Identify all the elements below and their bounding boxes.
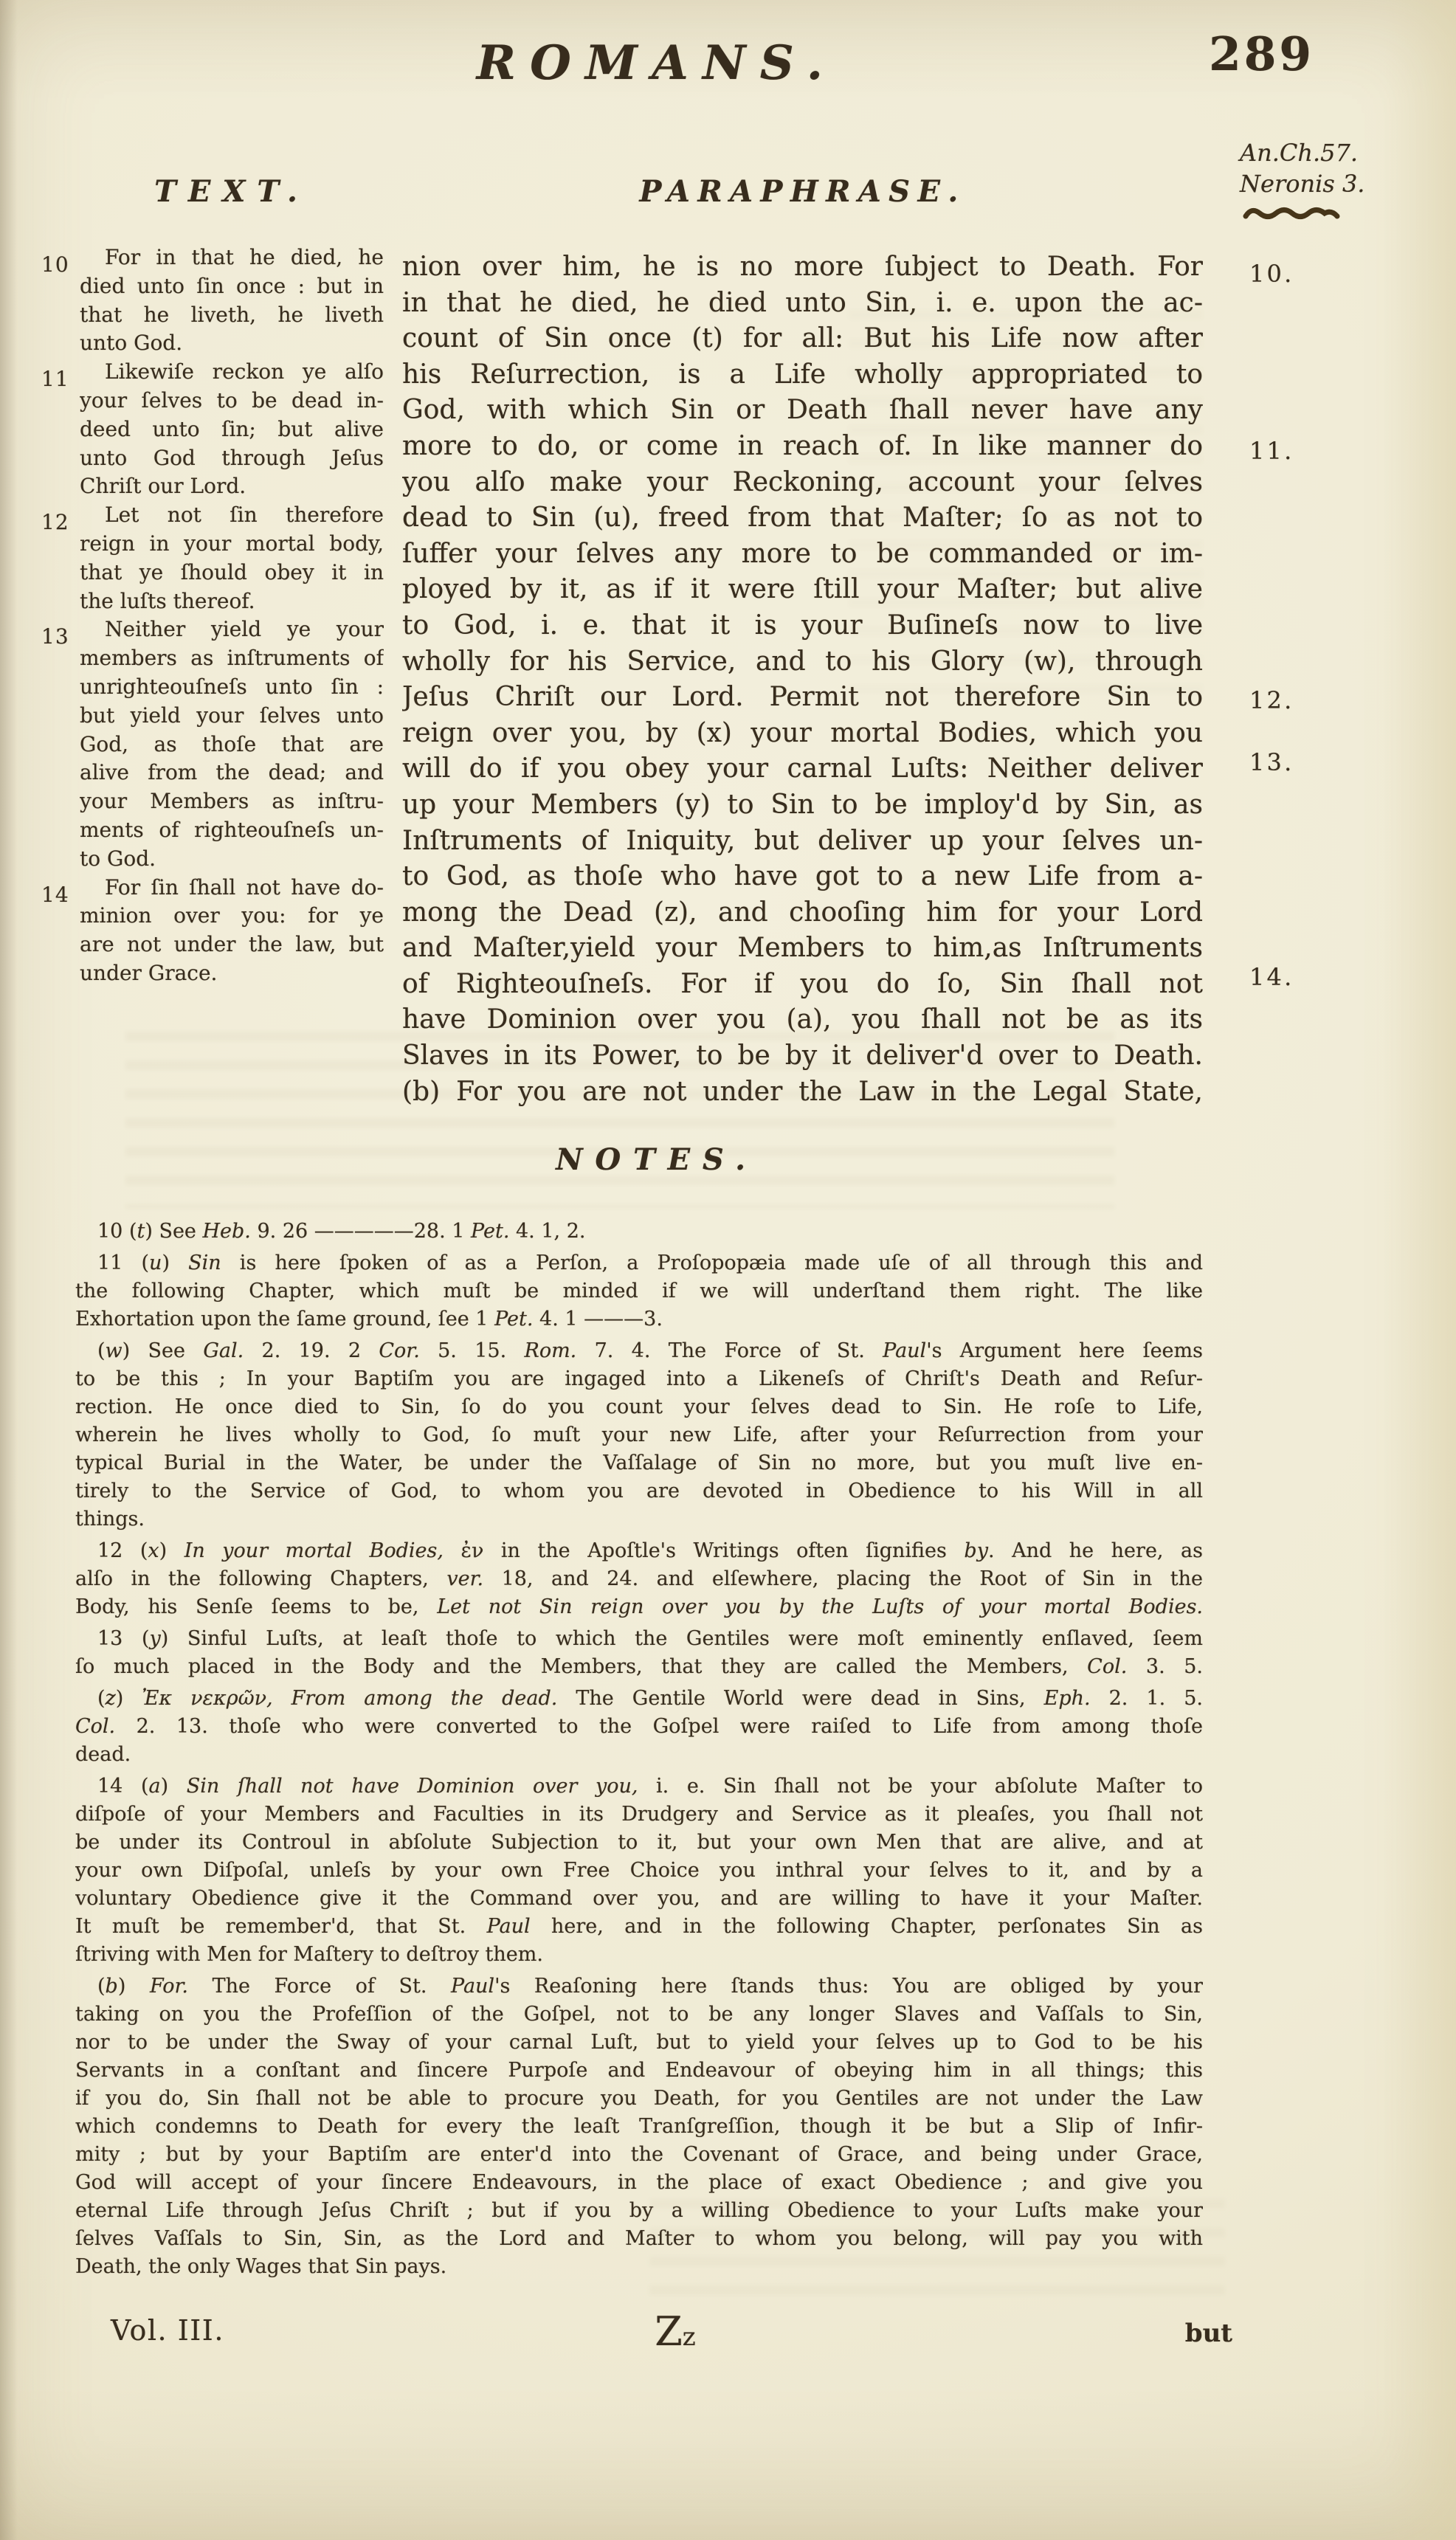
note-run: 13 ( — [97, 1627, 150, 1650]
note-line: Servants in a conſtant and ſincere Purpo… — [75, 2057, 1203, 2085]
note-run: Pet. — [494, 1308, 533, 1331]
paraphrase-column: nion over him, he is no more ſubject to … — [402, 249, 1203, 1110]
note-run: if you do, Sin ſhall not be able to proc… — [75, 2087, 1203, 2110]
note-line: ſtriving with Men for Maſtery to deſtroy… — [75, 1941, 1203, 1969]
text-verse-line: Likewiſe reckon ye alſo — [80, 358, 384, 387]
paraphrase-verse-number: 11. — [1249, 437, 1294, 465]
note-line: It muſt be remember'd, that St. Paul her… — [75, 1913, 1203, 1941]
note-run: For. — [150, 1975, 188, 1998]
note-paragraph: (w) See Gal. 2. 19. 2 Cor. 5. 15. Rom. 7… — [75, 1337, 1203, 1533]
note-run: Paul — [883, 1339, 926, 1362]
note-run: God will accept of your ſincere Endeavou… — [75, 2171, 1203, 2194]
paraphrase-line: to God, as thoſe who have got to a new L… — [402, 859, 1203, 895]
note-run: 18, and 24. and elſewhere, placing the R… — [483, 1567, 1203, 1590]
text-verse-line: God, as thoſe that are — [80, 731, 384, 759]
note-run: tirely to the Service of God, to whom yo… — [75, 1480, 1203, 1502]
note-paragraph: 12 (x) In your mortal Bodies, ἐν in the … — [75, 1537, 1203, 1621]
note-run: ( — [97, 1687, 106, 1710]
note-line: rection. He once died to Sin, ſo do you … — [75, 1393, 1203, 1421]
note-line: voluntary Obedience give it the Command … — [75, 1885, 1203, 1913]
note-run: by — [964, 1539, 988, 1562]
note-run: Exhortation upon the ſame ground, ſee 1 — [75, 1308, 494, 1331]
note-run: y — [150, 1627, 161, 1650]
text-column-header: TEXT. — [80, 174, 384, 209]
note-line: which condemns to Death for every the le… — [75, 2113, 1203, 2141]
paraphrase-line: and Maſter,yield your Members to him,as … — [402, 931, 1203, 967]
paraphrase-line: God, with which Sin or Death ſhall never… — [402, 393, 1203, 429]
text-verse-line: For ſin ſhall not have do- — [80, 874, 384, 903]
text-verse-line: reign in your mortal body, — [80, 530, 384, 559]
verse-block: 12Let not ſin thereforereign in your mor… — [80, 501, 384, 615]
note-paragraph: 14 (a) Sin ſhall not have Dominion over … — [75, 1773, 1203, 1969]
note-run: u — [149, 1252, 162, 1274]
paraphrase-line: ſuffer your ſelves any more to be comman… — [402, 536, 1203, 573]
text-verse-line: are not under the law, but — [80, 931, 384, 959]
paraphrase-line: count of Sin once (t) for all: But his L… — [402, 321, 1203, 357]
note-run: a — [148, 1775, 160, 1798]
note-run: 4. 1 ———3. — [533, 1308, 662, 1331]
note-run: 's Argument here ſeems — [926, 1339, 1203, 1362]
note-line: (w) See Gal. 2. 19. 2 Cor. 5. 15. Rom. 7… — [75, 1337, 1203, 1365]
note-run: ) Sinful Luſts, at leaſt thoſe to which … — [161, 1627, 1203, 1650]
note-run: Pet. — [471, 1220, 509, 1243]
note-line: Body, his Senſe ſeems to be, Let not Sin… — [75, 1593, 1203, 1621]
note-line: ſelves Vaſſals to Sin, Sin, as the Lord … — [75, 2225, 1203, 2253]
note-run: mity ; but by your Baptiſm are enter'd i… — [75, 2143, 1203, 2166]
note-run: ſo much placed in the Body and the Membe… — [75, 1655, 1087, 1678]
note-run: Gal. — [203, 1339, 244, 1362]
note-run: 2. 13. thoſe who were converted to the G… — [115, 1715, 1203, 1738]
note-run: your own Diſpoſal, unleſs by your own Fr… — [75, 1859, 1203, 1882]
note-run: Ἐκ νεκρῶν, — [142, 1687, 272, 1710]
note-run: Cor. — [379, 1339, 419, 1362]
note-run: voluntary Obedience give it the Command … — [75, 1887, 1203, 1910]
paraphrase-line: will do if you obey your carnal Luſts: N… — [402, 751, 1203, 787]
note-run: Col. — [1087, 1655, 1127, 1678]
text-verse-line: alive from the dead; and — [80, 759, 384, 787]
book-page-scan: ROMANS. 289 An.Ch.57. Neronis 3. TEXT. P… — [0, 0, 1456, 2540]
note-line: nor to be under the Sway of your carnal … — [75, 2029, 1203, 2057]
note-run: ) — [162, 1252, 188, 1274]
note-run: . And he here, as — [988, 1539, 1203, 1562]
note-run: 5. 15. — [420, 1339, 525, 1362]
note-run: typical Burial in the Water, be under th… — [75, 1452, 1203, 1474]
note-run: ( — [97, 1339, 106, 1362]
note-run: w — [106, 1339, 123, 1362]
note-line: (z) Ἐκ νεκρῶν, From among the dead. The … — [75, 1685, 1203, 1713]
note-run: ) — [161, 1775, 187, 1798]
note-line: ſo much placed in the Body and the Membe… — [75, 1653, 1203, 1681]
note-run: Col. — [75, 1715, 115, 1738]
paraphrase-line: reign over you, by (x) your mortal Bodie… — [402, 716, 1203, 752]
note-run: Paul — [487, 1915, 531, 1938]
note-run: taking on you the Profeſſion of the Goſp… — [75, 2003, 1203, 2026]
note-line: Col. 2. 13. thoſe who were converted to … — [75, 1713, 1203, 1741]
verse-number: 10 — [41, 251, 69, 280]
note-run: ſelves Vaſſals to Sin, Sin, as the Lord … — [75, 2227, 1203, 2250]
note-run: ) — [116, 1687, 142, 1710]
paraphrase-line: (b) For you are not under the Law in the… — [402, 1074, 1203, 1111]
paraphrase-line: nion over him, he is no more ſubject to … — [402, 249, 1203, 286]
note-run: i. e. Sin ſhall not be your abſolute Maſ… — [638, 1775, 1203, 1798]
verse-block: 10For in that he died, hedied unto ſin o… — [80, 244, 384, 358]
note-line: alſo in the following Chapters, ver. 18,… — [75, 1565, 1203, 1593]
note-run: alſo in the following Chapters, — [75, 1567, 446, 1590]
note-line: the following Chapter, which muſt be min… — [75, 1277, 1203, 1305]
note-run: The Gentile World were dead in Sins, — [557, 1687, 1043, 1710]
text-verse-line: died unto ſin once : but in — [80, 272, 384, 301]
note-run: Rom. — [524, 1339, 576, 1362]
verse-block: 13Neither yield ye yourmembers as inſtru… — [80, 615, 384, 873]
text-verse-line: but yield your ſelves unto — [80, 702, 384, 731]
verse-block: 14For ſin ſhall not have do-minion over … — [80, 874, 384, 988]
note-run: to be this ; In your Baptiſm you are ing… — [75, 1367, 1203, 1390]
notes-header: NOTES. — [75, 1142, 1238, 1177]
note-run: eternal Life through Jeſus Chriſt ; but … — [75, 2199, 1203, 2222]
note-run: be under its Controul in abſolute Subjec… — [75, 1831, 1203, 1854]
note-line: if you do, Sin ſhall not be able to proc… — [75, 2085, 1203, 2113]
note-paragraph: (b) For. The Force of St. Paul's Reaſoni… — [75, 1973, 1203, 2281]
note-line: diſpoſe of your Members and Faculties in… — [75, 1801, 1203, 1829]
note-paragraph: (z) Ἐκ νεκρῶν, From among the dead. The … — [75, 1685, 1203, 1769]
notes-block: 10 (t) See Heb. 9. 26 —————28. 1 Pet. 4.… — [75, 1218, 1203, 2285]
note-run: nor to be under the Sway of your carnal … — [75, 2031, 1203, 2054]
verse-block: 11Likewiſe reckon ye alſoyour ſelves to … — [80, 358, 384, 501]
note-run: 2. 19. 2 — [244, 1339, 379, 1362]
paraphrase-verse-number: 14. — [1249, 963, 1294, 991]
text-verse-line: under Grace. — [80, 959, 384, 988]
note-run: 10 ( — [97, 1220, 137, 1243]
note-paragraph: 11 (u) Sin is here ſpoken of as a Perſon… — [75, 1249, 1203, 1333]
note-paragraph: 10 (t) See Heb. 9. 26 —————28. 1 Pet. 4.… — [75, 1218, 1203, 1246]
text-column: 10For in that he died, hedied unto ſin o… — [80, 244, 384, 988]
paraphrase-verse-number: 13. — [1249, 748, 1294, 776]
note-line: 13 (y) Sinful Luſts, at leaſt thoſe to w… — [75, 1625, 1203, 1653]
paraphrase-verse-number: 12. — [1249, 686, 1294, 714]
text-verse-line: Chriſt our Lord. — [80, 472, 384, 501]
note-run — [273, 1687, 291, 1710]
page-number: 289 — [1209, 27, 1342, 81]
verse-number: 14 — [41, 881, 69, 910]
note-run: b — [106, 1975, 118, 1998]
note-run: 14 ( — [97, 1775, 148, 1798]
note-run: Body, his Senſe ſeems to be, — [75, 1595, 437, 1618]
note-run: Eph. — [1044, 1687, 1091, 1710]
text-verse-line: unto God through Jeſus — [80, 444, 384, 473]
note-run: rection. He once died to Sin, ſo do you … — [75, 1395, 1203, 1418]
note-run: 11 ( — [97, 1252, 149, 1274]
note-line: typical Burial in the Water, be under th… — [75, 1449, 1203, 1477]
text-verse-line: Neither yield ye your — [80, 615, 384, 644]
text-verse-line: that he liveth, he liveth — [80, 301, 384, 330]
note-line: to be this ; In your Baptiſm you are ing… — [75, 1365, 1203, 1393]
note-run: things. — [75, 1508, 145, 1530]
note-run: In your mortal Bodies, — [184, 1539, 444, 1562]
note-run: 12 ( — [97, 1539, 148, 1562]
note-line: taking on you the Profeſſion of the Goſp… — [75, 2001, 1203, 2029]
note-run: the following Chapter, which muſt be min… — [75, 1280, 1203, 1302]
text-verse-line: to God. — [80, 845, 384, 874]
catchword: but — [1151, 2319, 1232, 2348]
paraphrase-line: mong the Dead (z), and chooſing him for … — [402, 895, 1203, 931]
text-verse-line: your ſelves to be dead in- — [80, 387, 384, 415]
paraphrase-line: dead to Sin (u), freed from that Maſter;… — [402, 500, 1203, 536]
note-line: 11 (u) Sin is here ſpoken of as a Perſon… — [75, 1249, 1203, 1277]
note-line: (b) For. The Force of St. Paul's Reaſoni… — [75, 1973, 1203, 2001]
note-run: It muſt be remember'd, that St. — [75, 1915, 487, 1938]
note-line: dead. — [75, 1741, 1203, 1769]
anno-christi-line: An.Ch.57. — [1240, 137, 1402, 168]
note-line: Exhortation upon the ſame ground, ſee 1 … — [75, 1305, 1203, 1333]
note-line: 10 (t) See Heb. 9. 26 —————28. 1 Pet. 4.… — [75, 1218, 1203, 1246]
paraphrase-line: wholly for his Service, and to his Glory… — [402, 644, 1203, 680]
note-run: ) See — [123, 1339, 204, 1362]
note-run: Let not Sin reign over you by the Luſts … — [437, 1595, 1203, 1618]
note-run: ver. — [446, 1567, 483, 1590]
note-line: eternal Life through Jeſus Chriſt ; but … — [75, 2197, 1203, 2225]
paraphrase-line: Inſtruments of Iniquity, but deliver up … — [402, 824, 1203, 860]
note-line: be under its Controul in abſolute Subjec… — [75, 1829, 1203, 1857]
text-verse-line: deed unto ſin; but alive — [80, 415, 384, 444]
note-run: ) See — [145, 1220, 202, 1243]
note-run: Paul — [451, 1975, 494, 1998]
verse-number: 13 — [41, 623, 69, 652]
paraphrase-line: his Reſurrection, is a Life wholly appro… — [402, 357, 1203, 393]
note-run: Sin — [188, 1252, 221, 1274]
running-title: ROMANS. — [347, 35, 967, 91]
note-run: ) — [159, 1539, 184, 1562]
note-paragraph: 13 (y) Sinful Luſts, at leaſt thoſe to w… — [75, 1625, 1203, 1681]
paraphrase-line: in that he died, he died unto Sin, i. e.… — [402, 286, 1203, 322]
text-verse-line: that ye ſhould obey it in — [80, 559, 384, 587]
note-line: 12 (x) In your mortal Bodies, ἐν in the … — [75, 1537, 1203, 1565]
note-run: Heb. — [203, 1220, 251, 1243]
note-run: 7. 4. The Force of St. — [576, 1339, 883, 1362]
note-run: 9. 26 —————28. 1 — [251, 1220, 471, 1243]
marginal-date-note: An.Ch.57. Neronis 3. — [1240, 137, 1402, 199]
note-run: wherein he lives wholly to God, ſo muſt … — [75, 1423, 1203, 1446]
note-line: wherein he lives wholly to God, ſo muſt … — [75, 1421, 1203, 1449]
note-run: here, and in the following Chapter, perſ… — [531, 1915, 1203, 1938]
text-verse-line: ments of righteouſneſs un- — [80, 816, 384, 845]
text-verse-line: Let not ſin therefore — [80, 501, 384, 530]
paraphrase-line: have Dominion over you (a), you ſhall no… — [402, 1002, 1203, 1038]
paraphrase-line: to God, i. e. that it is your Buſineſs n… — [402, 608, 1203, 644]
note-line: tirely to the Service of God, to whom yo… — [75, 1477, 1203, 1505]
note-run: ſtriving with Men for Maſtery to deſtroy… — [75, 1943, 543, 1966]
note-run: is here ſpoken of as a Perſon, a Proſopo… — [221, 1252, 1203, 1274]
note-run: diſpoſe of your Members and Faculties in… — [75, 1803, 1203, 1826]
note-line: mity ; but by your Baptiſm are enter'd i… — [75, 2141, 1203, 2169]
note-run: Sin ſhall not have Dominion over you, — [187, 1775, 638, 1798]
paraphrase-line: you alſo make your Reckoning, account yo… — [402, 465, 1203, 501]
note-run: The Force of St. — [188, 1975, 451, 1998]
note-run: ( — [97, 1975, 106, 1998]
paraphrase-verse-number: 10. — [1249, 260, 1294, 288]
note-run: Death, the only Wages that Sin pays. — [75, 2255, 446, 2278]
text-verse-line: members as inſtruments of — [80, 644, 384, 673]
note-run: z — [106, 1687, 116, 1710]
text-verse-line: For in that he died, he — [80, 244, 384, 272]
text-verse-line: unrighteouſneſs unto ſin : — [80, 673, 384, 702]
neronis-line: Neronis 3. — [1240, 168, 1402, 199]
paraphrase-line: more to do, or come in reach of. In like… — [402, 429, 1203, 465]
note-line: your own Diſpoſal, unleſs by your own Fr… — [75, 1857, 1203, 1885]
note-line: God will accept of your ſincere Endeavou… — [75, 2169, 1203, 2197]
verse-number: 12 — [41, 508, 69, 537]
text-verse-line: your Members as inſtru- — [80, 787, 384, 816]
note-run: 3. 5. — [1127, 1655, 1203, 1678]
flourish-squiggle — [1243, 204, 1340, 227]
paraphrase-line: up your Members (y) to Sin to be imploy'… — [402, 787, 1203, 824]
verse-number: 11 — [41, 365, 69, 394]
note-run: ) — [118, 1975, 150, 1998]
note-run: ἐν in the Apoſtle's Writings often ſigni… — [444, 1539, 964, 1562]
note-line: things. — [75, 1505, 1203, 1533]
note-run: 4. 1, 2. — [509, 1220, 585, 1243]
note-run: x — [148, 1539, 159, 1562]
note-line: 14 (a) Sin ſhall not have Dominion over … — [75, 1773, 1203, 1801]
note-run: From among the dead. — [291, 1687, 558, 1710]
note-run: Servants in a conſtant and ſincere Purpo… — [75, 2059, 1203, 2082]
note-run: t — [137, 1220, 145, 1243]
text-verse-line: the luſts thereof. — [80, 587, 384, 616]
note-run: 2. 1. 5. — [1091, 1687, 1203, 1710]
text-verse-line: unto God. — [80, 329, 384, 358]
paraphrase-line: of Righteouſneſs. For if you do ſo, Sin … — [402, 967, 1203, 1003]
text-verse-line: minion over you: for ye — [80, 902, 384, 931]
paraphrase-line: ployed by it, as if it were ſtill your M… — [402, 572, 1203, 608]
paraphrase-column-header: PARAPHRASE. — [402, 174, 1203, 209]
note-run: which condemns to Death for every the le… — [75, 2115, 1203, 2138]
note-run: 's Reaſoning here ſtands thus: You are o… — [494, 1975, 1203, 1998]
note-run: dead. — [75, 1743, 131, 1766]
note-line: Death, the only Wages that Sin pays. — [75, 2253, 1203, 2281]
paraphrase-line: Slaves in its Power, to be by it deliver… — [402, 1038, 1203, 1074]
signature-mark: Zz — [616, 2308, 734, 2355]
paraphrase-line: Jeſus Chriſt our Lord. Permit not theref… — [402, 680, 1203, 716]
volume-label: Vol. III. — [111, 2314, 224, 2347]
